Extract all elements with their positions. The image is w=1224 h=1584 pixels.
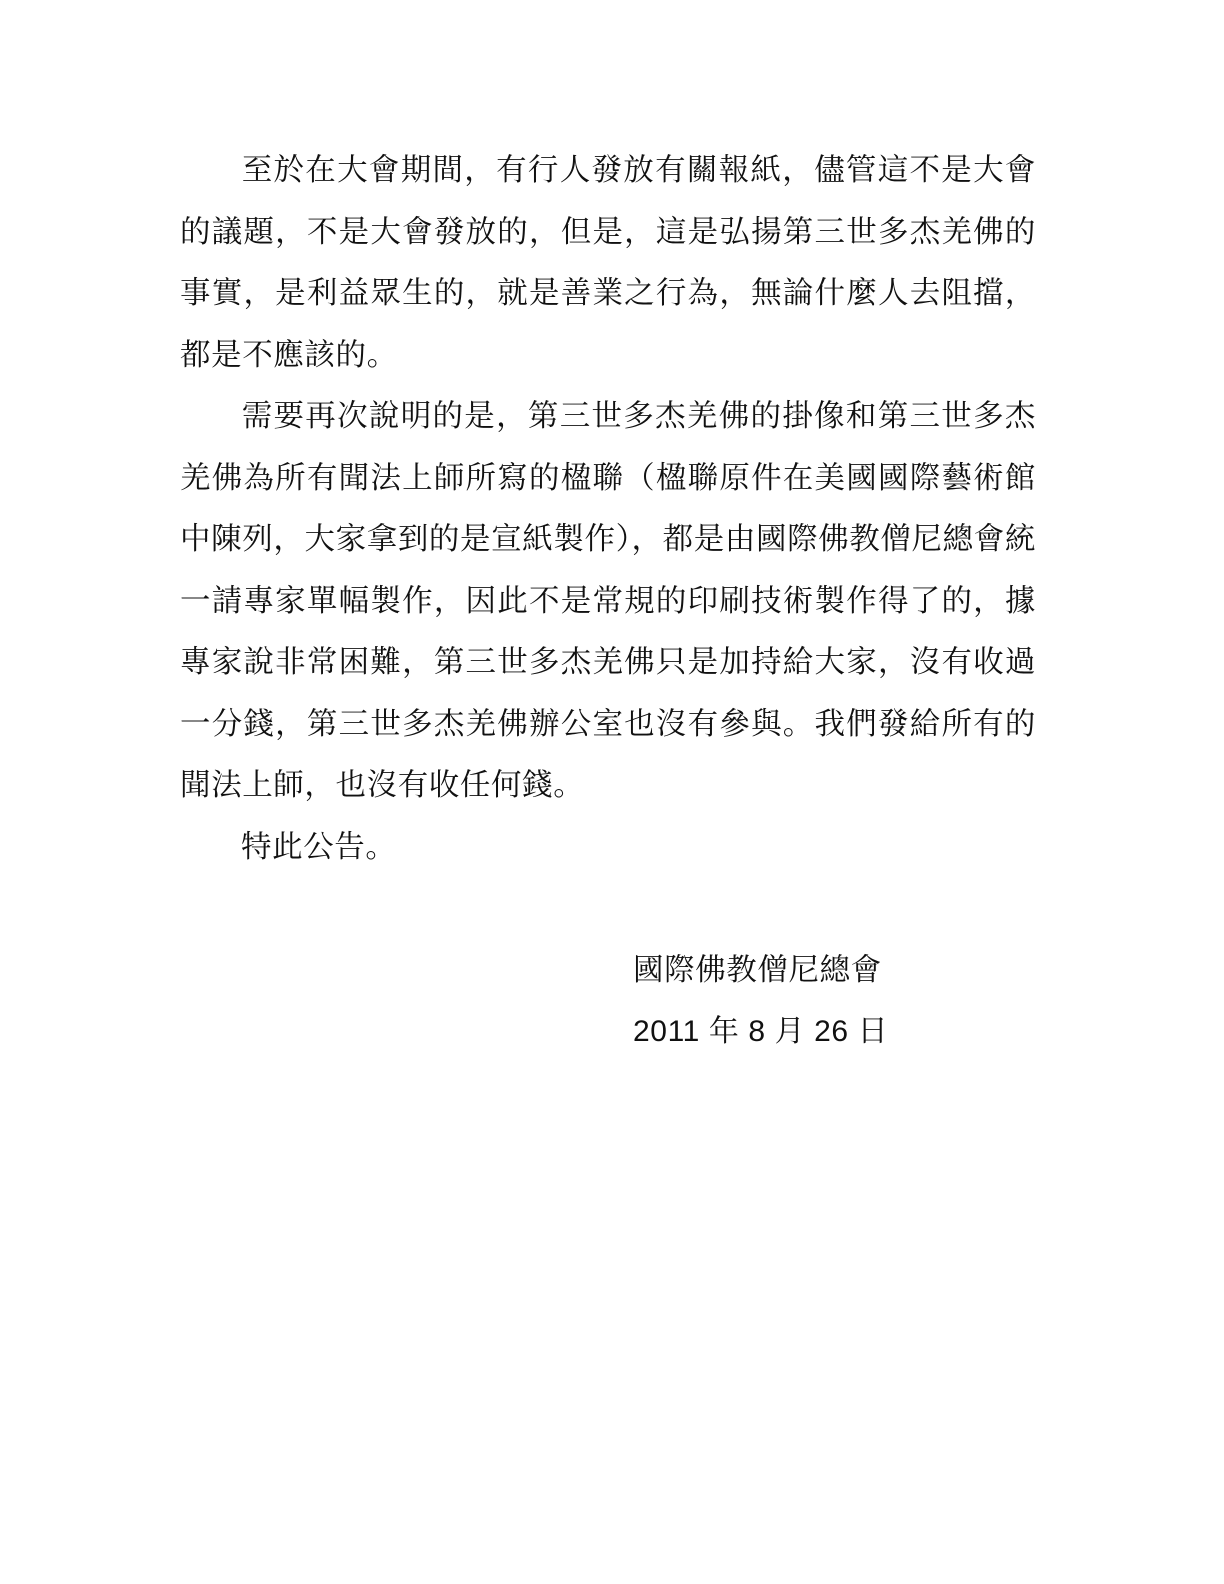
paragraph-closing-announcement: 特此公告。 — [180, 817, 1036, 879]
signature-organization: 國際佛教僧尼總會 — [633, 940, 1033, 1001]
signature-date: 2011 年 8 月 26 日 — [633, 1001, 1033, 1062]
paragraph-text: 至於在大會期間，有行人發放有關報紙，儘管這不是大會的議題，不是大會發放的，但是，… — [180, 153, 1036, 373]
paragraph-text: 特此公告。 — [241, 830, 397, 865]
signature-block: 國際佛教僧尼總會 2011 年 8 月 26 日 — [633, 940, 1033, 1062]
document-body: 至於在大會期間，有行人發放有關報紙，儘管這不是大會的議題，不是大會發放的，但是，… — [180, 140, 1036, 878]
paragraph-newspaper-distribution: 至於在大會期間，有行人發放有關報紙，儘管這不是大會的議題，不是大會發放的，但是，… — [180, 140, 1036, 386]
paragraph-portrait-couplets-clarification: 需要再次說明的是，第三世多杰羌佛的掛像和第三世多杰羌佛為所有聞法上師所寫的楹聯（… — [180, 386, 1036, 817]
paragraph-text: 需要再次說明的是，第三世多杰羌佛的掛像和第三世多杰羌佛為所有聞法上師所寫的楹聯（… — [180, 399, 1036, 803]
